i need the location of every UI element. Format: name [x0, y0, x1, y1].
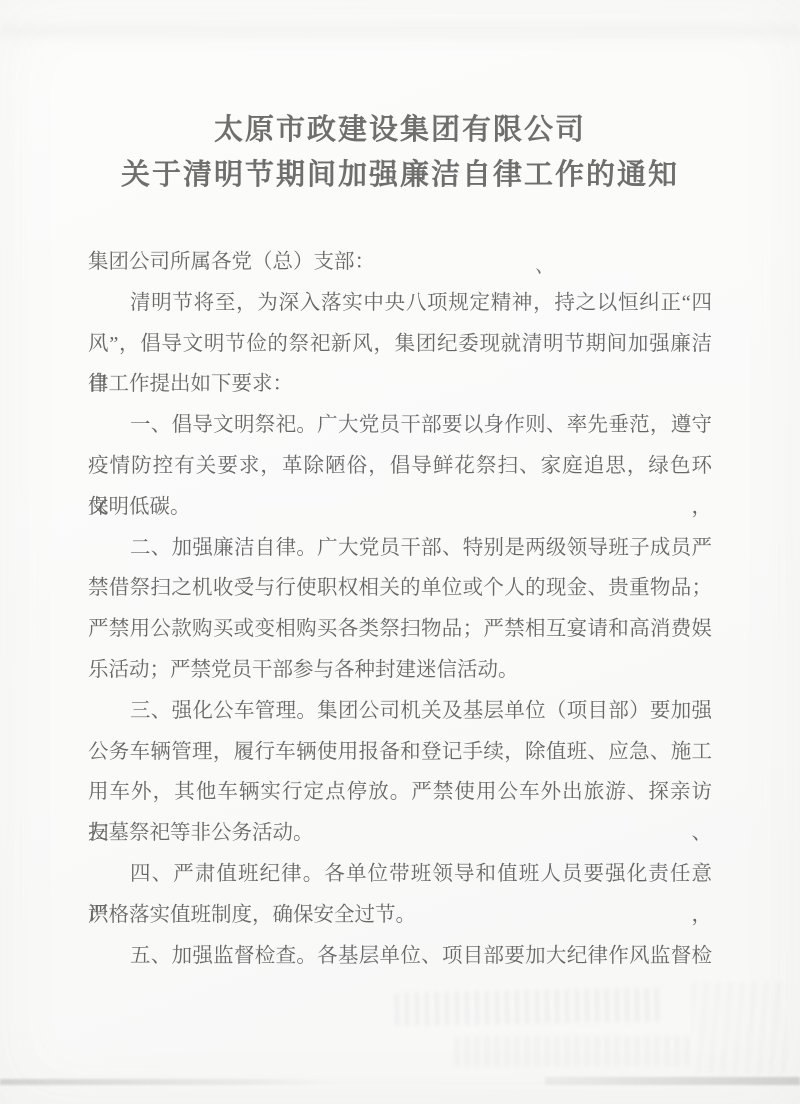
paragraph: 清明节将至，为深入落实中央八项规定精神，持之以恒纠正“四风”，倡导文明节俭的祭祀… [88, 283, 712, 405]
salutation-line: 集团公司所属各党（总）支部： [88, 242, 712, 283]
ink-bleedthrough-smudge [692, 982, 787, 1074]
text-line: 疫情防控有关要求，革除陋俗，倡导鲜花祭扫、家庭追思，绿色环保， [88, 446, 712, 487]
text-line: 风”，倡导文明节俭的祭祀新风，集团纪委现就清明节期间加强廉洁自 [88, 324, 712, 365]
title-line-1: 太原市政建设集团有限公司 [0, 108, 800, 153]
body-paragraphs: 清明节将至，为深入落实中央八项规定精神，持之以恒纠正“四风”，倡导文明节俭的祭祀… [88, 283, 712, 977]
text-line: 乐活动；严禁党员干部参与各种封建迷信活动。 [88, 650, 712, 691]
paragraph: 一、倡导文明祭祀。广大党员干部要以身作则、率先垂范，遵守疫情防控有关要求，革除陋… [88, 405, 712, 527]
page-title: 太原市政建设集团有限公司 关于清明节期间加强廉洁自律工作的通知 [0, 108, 800, 198]
text-line: 用车外，其他车辆实行定点停放。严禁使用公车外出旅游、探亲访友、 [88, 772, 712, 813]
scan-edge-shadow-right [545, 1077, 800, 1085]
title-line-2: 关于清明节期间加强廉洁自律工作的通知 [0, 153, 800, 198]
paragraph: 五、加强监督检查。各基层单位、项目部要加大纪律作风监督检 [88, 936, 712, 977]
text-line: 三、强化公车管理。集团公司机关及基层单位（项目部）要加强 [88, 691, 712, 732]
scan-edge-shadow-left [0, 1079, 335, 1085]
text-line: 五、加强监督检查。各基层单位、项目部要加大纪律作风监督检 [88, 936, 712, 977]
text-line: 公务车辆管理，履行车辆使用报备和登记手续，除值班、应急、施工 [88, 732, 712, 773]
text-line: 二、加强廉洁自律。广大党员干部、特别是两级领导班子成员严 [88, 528, 712, 569]
text-line: 严禁用公款购买或变相购买各类祭扫物品；严禁相互宴请和高消费娱 [88, 609, 712, 650]
text-line: 一、倡导文明祭祀。广大党员干部要以身作则、率先垂范，遵守 [88, 405, 712, 446]
document-page: 太原市政建设集团有限公司 关于清明节期间加强廉洁自律工作的通知 、 集团公司所属… [0, 0, 800, 1104]
scan-shade-top [0, 24, 800, 38]
text-line: 四、严肃值班纪律。各单位带班领导和值班人员要强化责任意识， [88, 854, 712, 895]
document-body: 集团公司所属各党（总）支部： 清明节将至，为深入落实中央八项规定精神，持之以恒纠… [88, 242, 712, 976]
paragraph: 二、加强廉洁自律。广大党员干部、特别是两级领导班子成员严禁借祭扫之机收受与行使职… [88, 528, 712, 691]
text-line: 清明节将至，为深入落实中央八项规定精神，持之以恒纠正“四 [88, 283, 712, 324]
ink-bleedthrough-smudge [455, 1036, 690, 1066]
ink-bleedthrough-smudge [395, 988, 661, 1027]
paragraph: 四、严肃值班纪律。各单位带班领导和值班人员要强化责任意识，严格落实值班制度，确保… [88, 854, 712, 936]
text-line: 律工作提出如下要求： [88, 364, 712, 405]
paragraph: 三、强化公车管理。集团公司机关及基层单位（项目部）要加强公务车辆管理，履行车辆使… [88, 691, 712, 854]
text-line: 禁借祭扫之机收受与行使职权相关的单位或个人的现金、贵重物品； [88, 568, 712, 609]
